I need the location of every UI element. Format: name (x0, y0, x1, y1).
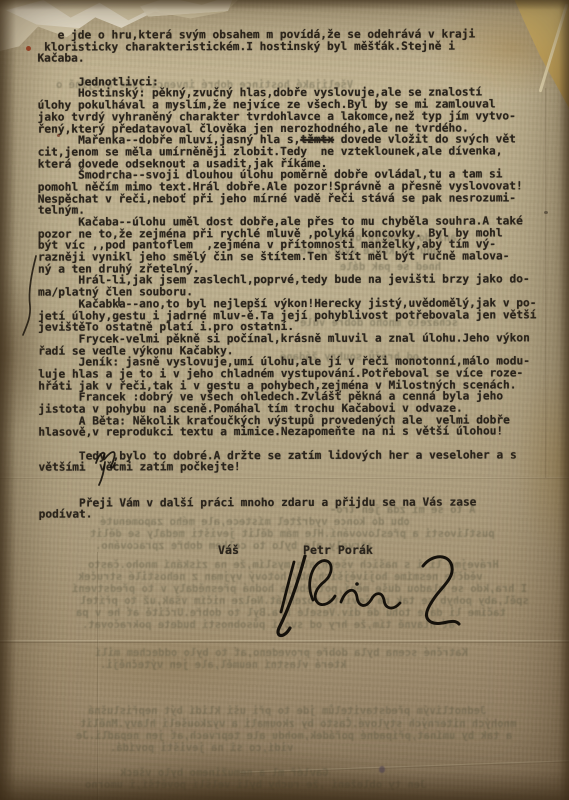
letter-line: Frycek-velmi pěkně si počínal,krásně mlu… (38, 332, 561, 345)
letter-line: razněji vynikl jeho smělý čin se štítem.… (38, 250, 561, 263)
letter-line: hlasově,v reprodukci textu a mimice.Neza… (38, 426, 561, 439)
letter-body: e jde o hru,která svým obsahem m povídá,… (37, 28, 561, 520)
letter-line: Nespěchat v řeči,neboť při jeho mírné va… (38, 192, 561, 205)
valediction: Váš (218, 543, 239, 557)
signed-name: Petr Porák (303, 543, 373, 557)
scanned-letter-page: Všelijaké hostince dobré invenci jsme kr… (0, 0, 569, 800)
